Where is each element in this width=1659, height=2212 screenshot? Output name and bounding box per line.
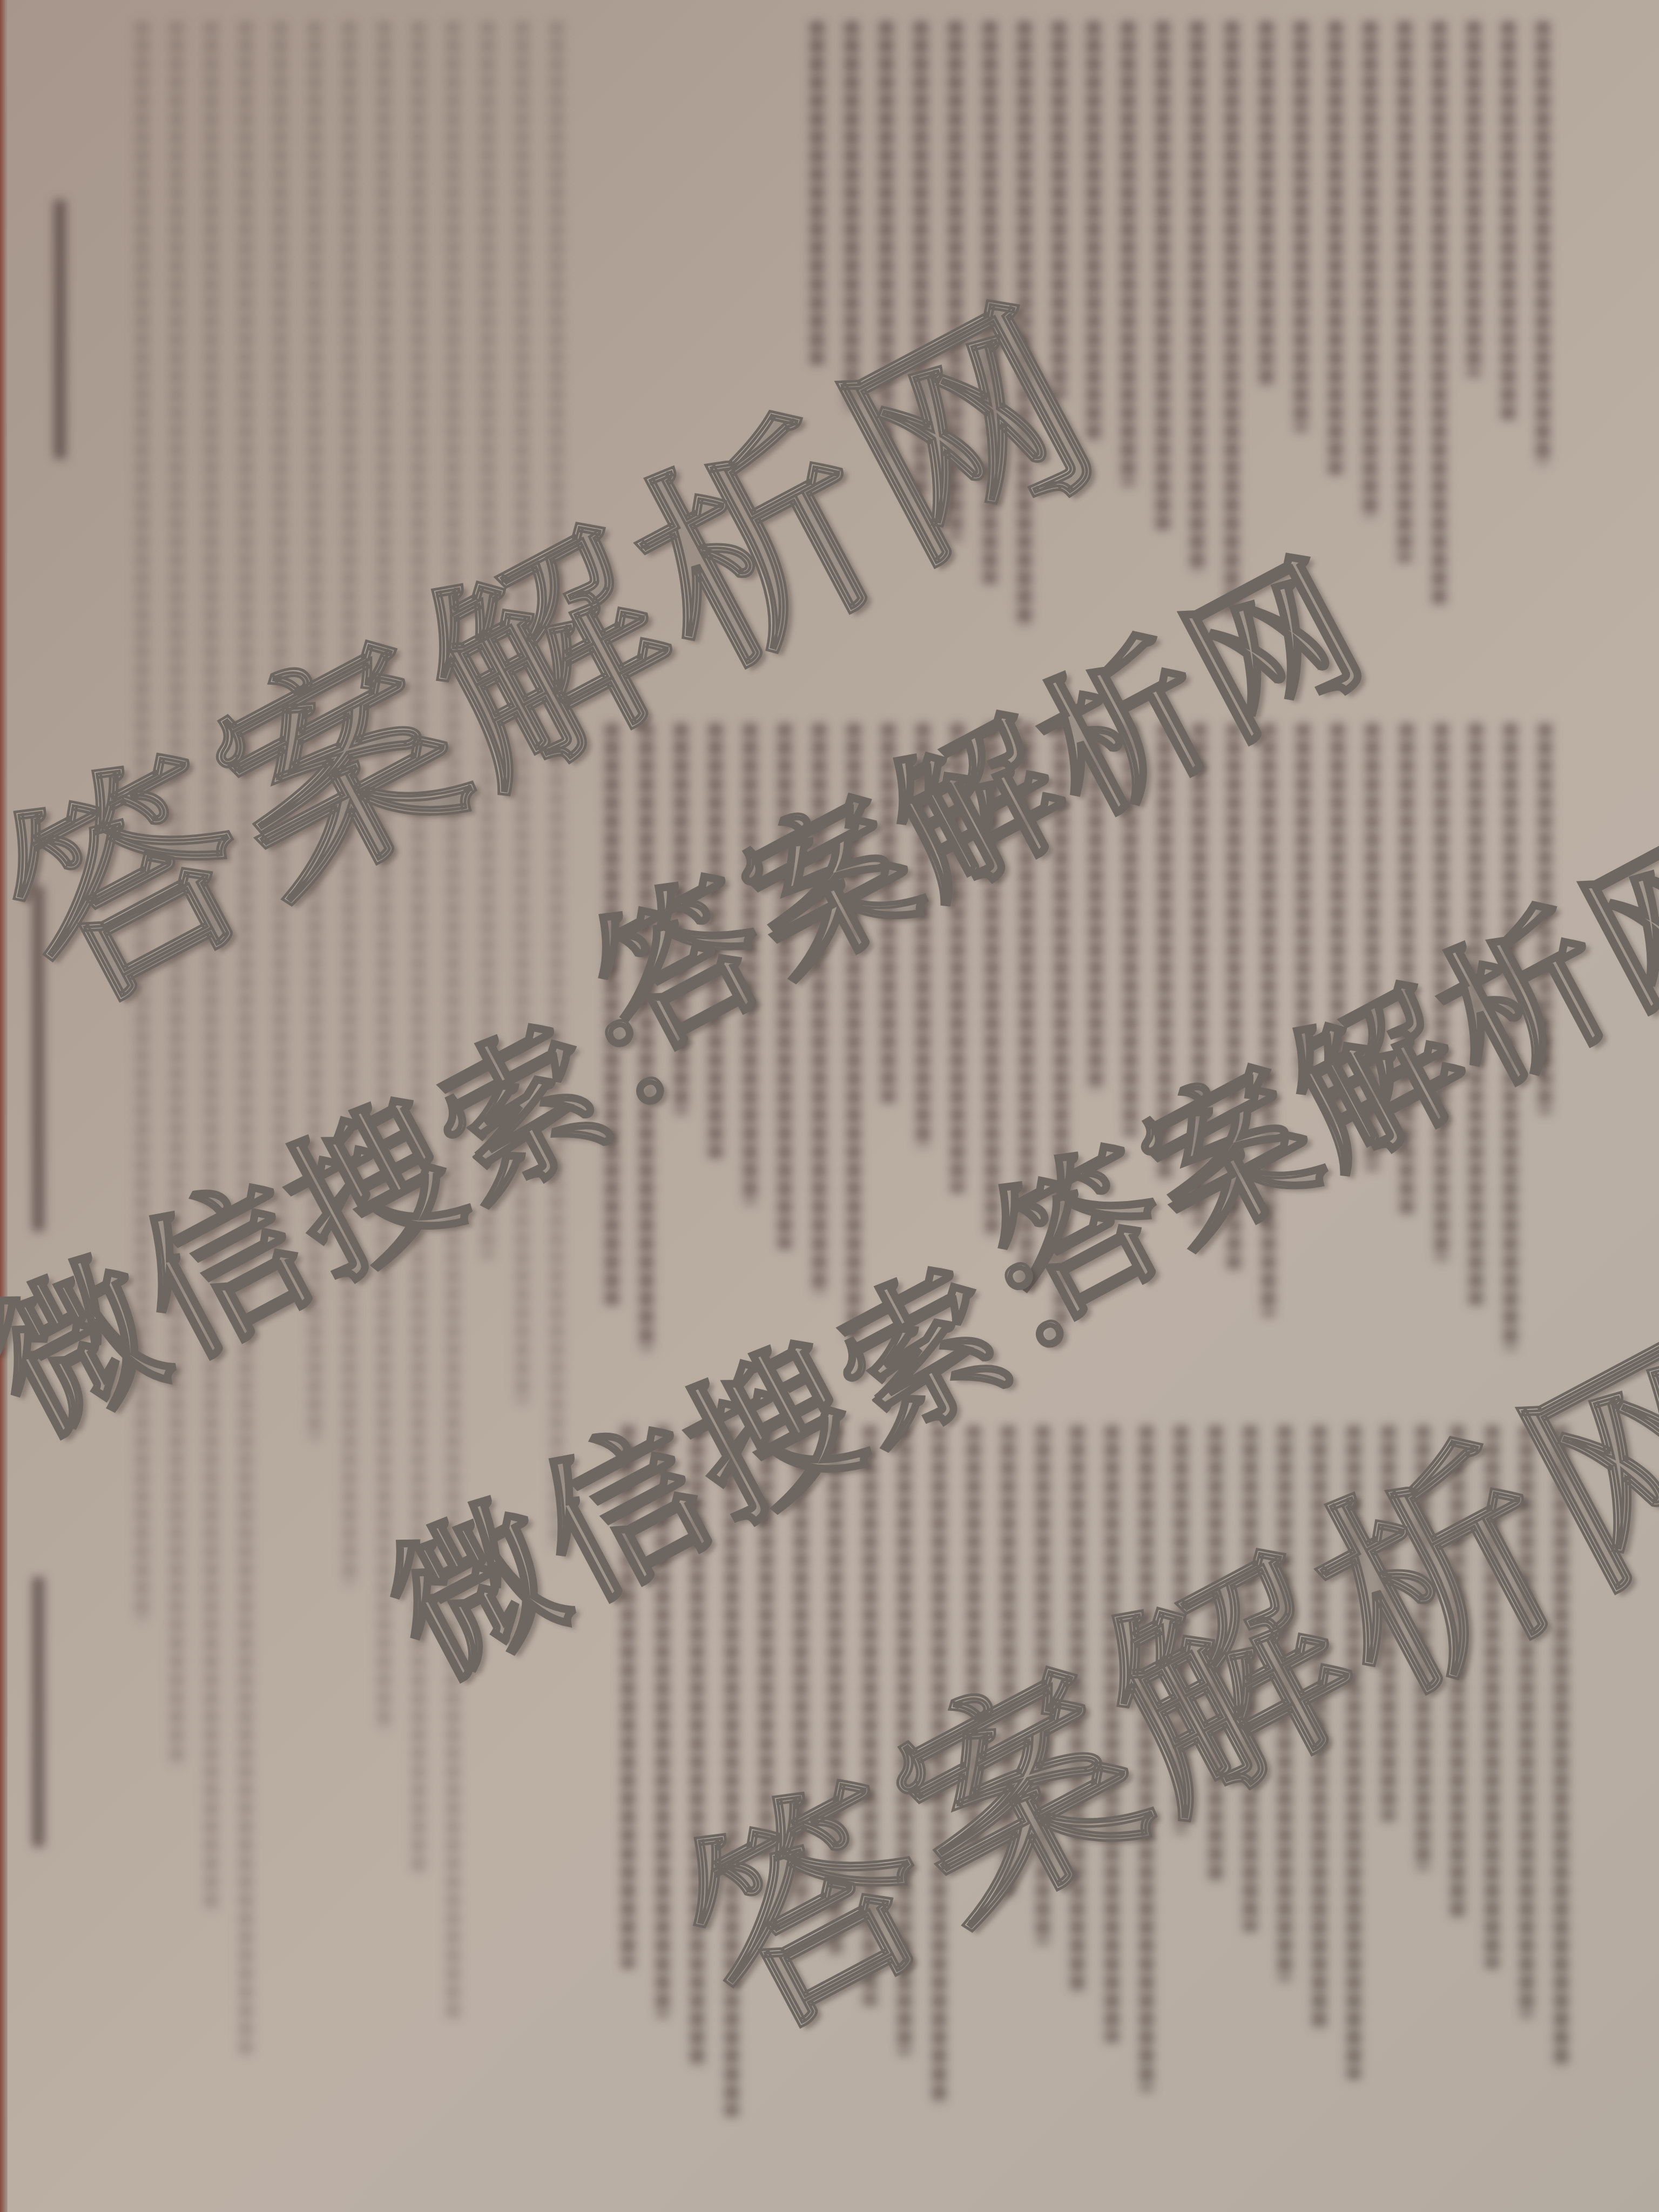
text-line	[1398, 22, 1412, 562]
text-line	[1087, 22, 1101, 442]
text-line	[1501, 22, 1515, 421]
section-label	[32, 1577, 44, 1847]
text-line	[1156, 22, 1170, 530]
text-line	[1467, 22, 1481, 377]
text-line	[1363, 22, 1377, 518]
text-line	[1121, 22, 1135, 486]
text-line	[1259, 22, 1273, 388]
text-line	[1536, 22, 1550, 464]
text-line	[239, 22, 253, 2056]
text-line	[1432, 22, 1446, 606]
text-line	[1328, 22, 1343, 475]
section-label	[54, 200, 66, 459]
text-line	[1294, 22, 1308, 431]
text-line	[1190, 22, 1204, 573]
